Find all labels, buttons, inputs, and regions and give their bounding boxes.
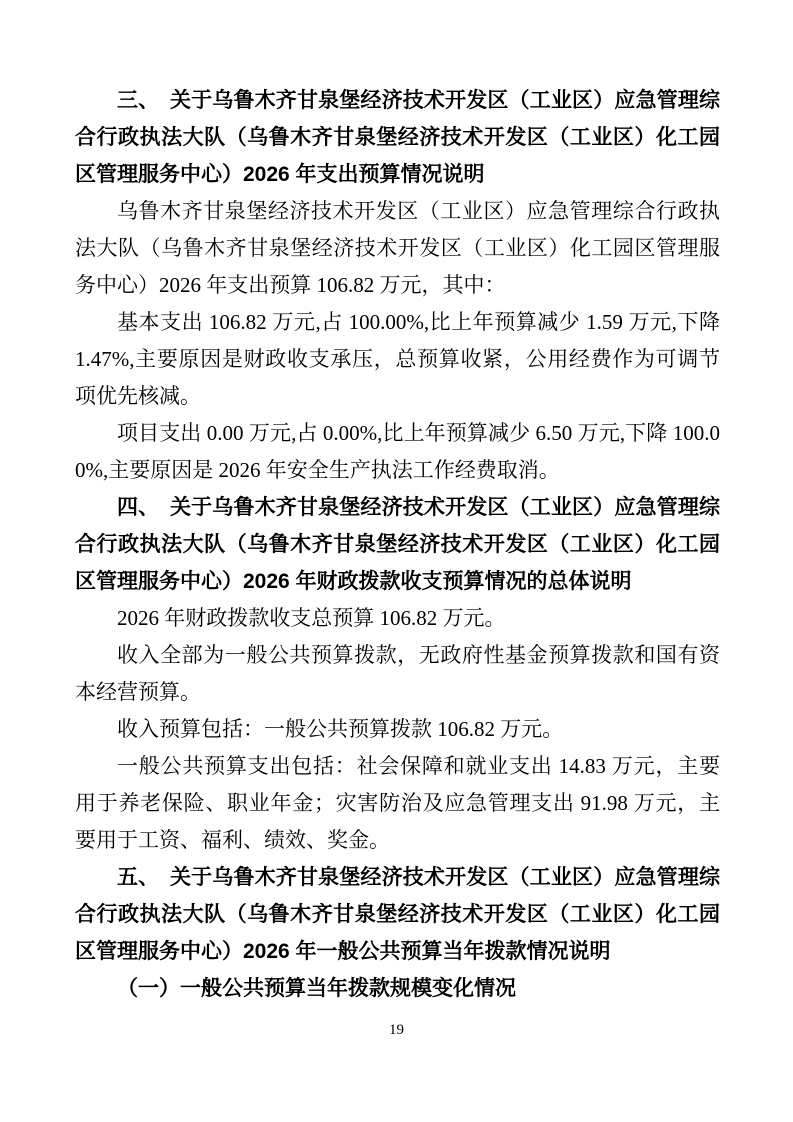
page-number: 19 (389, 1022, 404, 1038)
paragraph-public-budget-expenditure-breakdown: 一般公共预算支出包括：社会保障和就业支出 14.83 万元，主要用于养老保险、职… (75, 748, 720, 859)
paragraph-project-expenditure: 项目支出 0.00 万元,占 0.00%,比上年预算减少 6.50 万元,下降 … (75, 415, 720, 489)
paragraph-fiscal-allocation-total: 2026 年财政拨款收支总预算 106.82 万元。 (75, 600, 720, 637)
document-page: 三、 关于乌鲁木齐甘泉堡经济技术开发区（工业区）应急管理综合行政执法大队（乌鲁木… (0, 0, 793, 1122)
heading-section-three-expenditure-budget: 三、 关于乌鲁木齐甘泉堡经济技术开发区（工业区）应急管理综合行政执法大队（乌鲁木… (75, 82, 720, 193)
document-body: 三、 关于乌鲁木齐甘泉堡经济技术开发区（工业区）应急管理综合行政执法大队（乌鲁木… (75, 82, 720, 1007)
heading-section-five-current-year-allocation: 五、 关于乌鲁木齐甘泉堡经济技术开发区（工业区）应急管理综合行政执法大队（乌鲁木… (75, 859, 720, 970)
paragraph-income-budget: 收入预算包括：一般公共预算拨款 106.82 万元。 (75, 711, 720, 748)
paragraph-income-source: 收入全部为一般公共预算拨款，无政府性基金预算拨款和国有资本经营预算。 (75, 637, 720, 711)
paragraph-basic-expenditure: 基本支出 106.82 万元,占 100.00%,比上年预算减少 1.59 万元… (75, 304, 720, 415)
page-footer: 19 (0, 1020, 793, 1040)
subheading-allocation-scale-change: （一）一般公共预算当年拨款规模变化情况 (75, 970, 720, 1007)
heading-section-four-fiscal-allocation-overview: 四、 关于乌鲁木齐甘泉堡经济技术开发区（工业区）应急管理综合行政执法大队（乌鲁木… (75, 489, 720, 600)
paragraph-expenditure-budget-total: 乌鲁木齐甘泉堡经济技术开发区（工业区）应急管理综合行政执法大队（乌鲁木齐甘泉堡经… (75, 193, 720, 304)
